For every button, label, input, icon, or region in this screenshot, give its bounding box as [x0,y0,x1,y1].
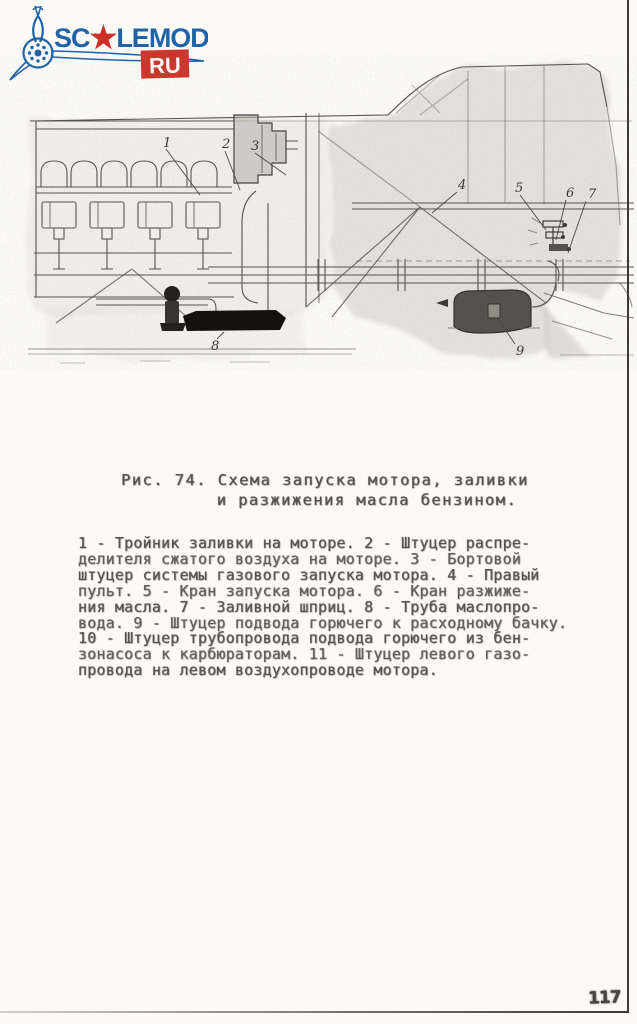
star-icon: ★ [90,20,118,55]
callout-2: 2 [221,137,230,152]
figure-legend: 1 - Тройник заливки на моторе. 2 - Штуце… [78,536,576,679]
figure-74-diagram: 1 2 3 4 5 6 7 8 9 [0,55,637,370]
legend-line: провода на левом воздухопроводе мотора. [78,663,576,679]
figure-caption: Рис. 74. Схема запуска мотора, заливки и… [95,470,555,510]
page-border-right [627,0,629,1013]
figure-caption-line1: Рис. 74. Схема запуска мотора, заливки [95,470,555,490]
page-border-bottom [0,1011,629,1013]
oil-pipe-black [183,310,286,331]
callout-6: 6 [566,186,574,201]
page-number: 117 [588,987,621,1008]
scanned-book-page: SC★LEMODELS RU [0,0,637,1024]
callout-8: 8 [211,339,219,354]
callout-7: 7 [588,187,597,202]
callout-5: 5 [515,181,523,196]
callout-4: 4 [457,178,466,193]
callout-9: 9 [516,344,524,359]
callout-3: 3 [251,139,259,154]
figure-caption-line2: и разжижения масла бензином. [95,490,555,510]
fuel-supply-tank [448,290,540,333]
callout-1: 1 [163,136,171,151]
